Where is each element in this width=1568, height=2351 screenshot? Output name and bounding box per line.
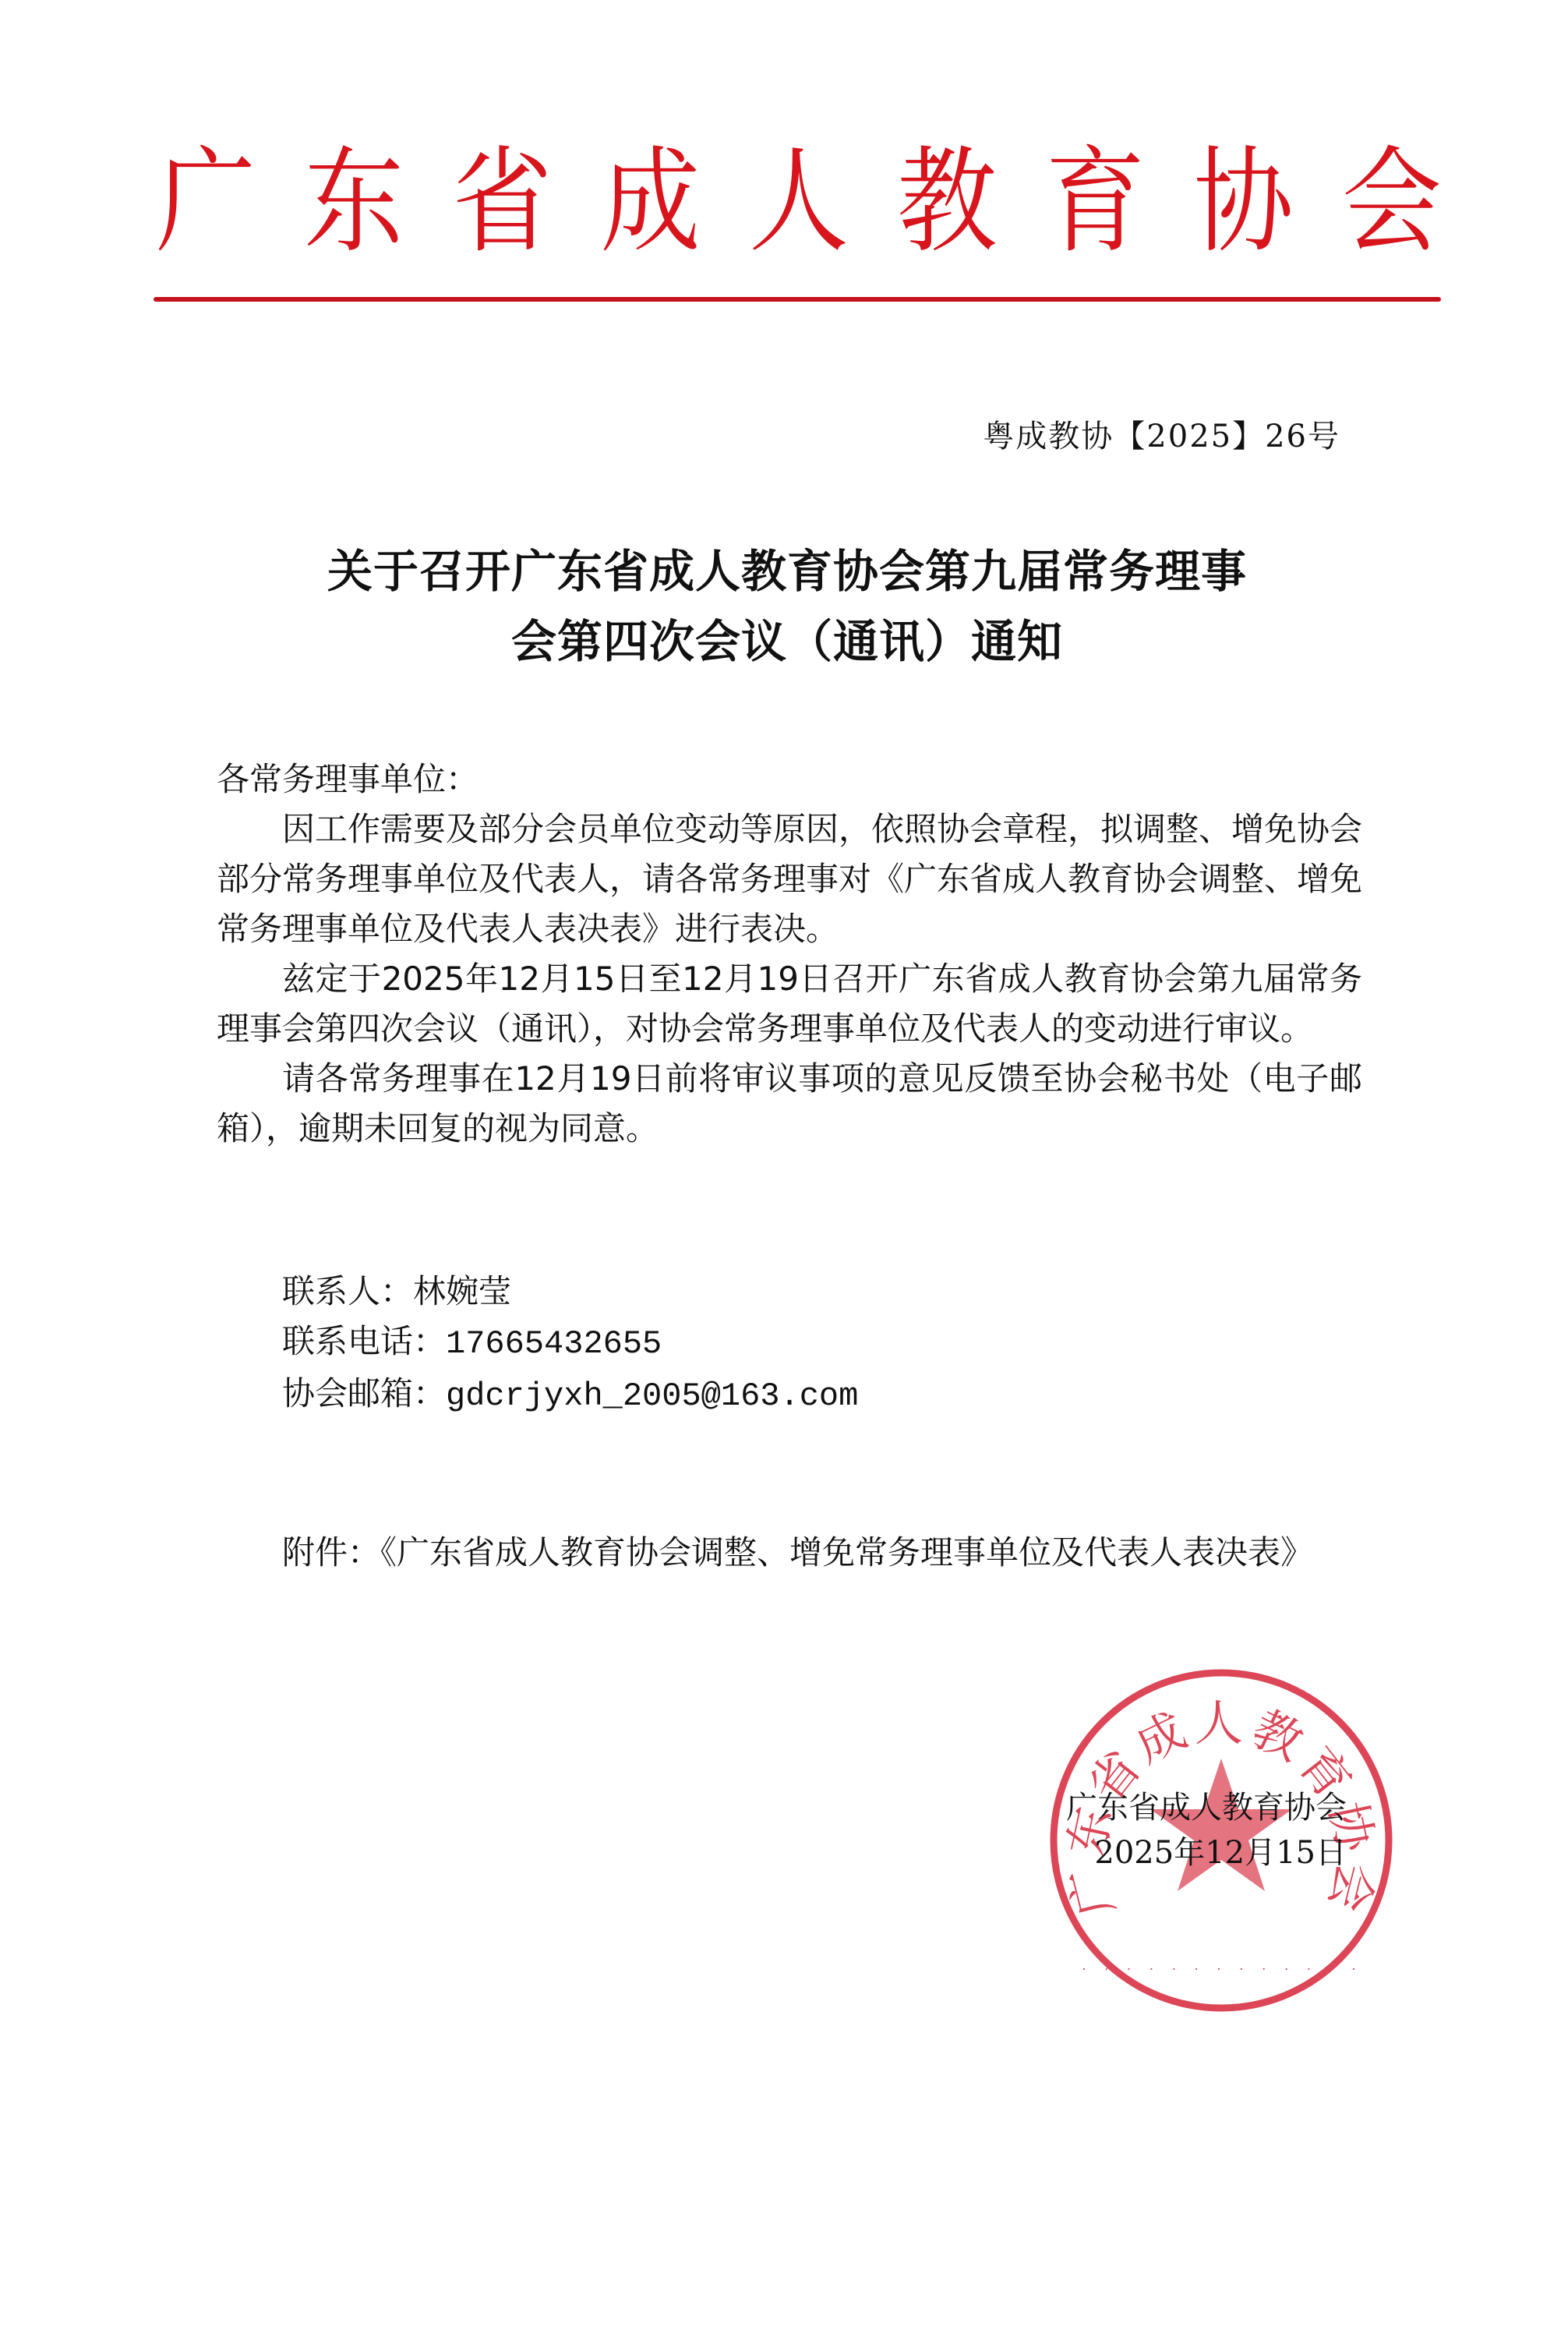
contact-phone: 17665432655 — [446, 1325, 662, 1363]
paragraph: 请各常务理事在12月19日前将审议事项的意见反馈至协会秘书处（电子邮箱），逾期未… — [217, 1054, 1362, 1154]
masthead-char: 教 — [897, 136, 997, 270]
masthead: 广 东 省 成 人 教 育 协 会 — [156, 144, 1442, 261]
masthead-char: 育 — [1045, 136, 1145, 270]
masthead-char: 广 — [156, 136, 256, 270]
contact-email: gdcrjyxh_2005@163.com — [446, 1377, 858, 1415]
contact-phone-row: 联系电话：17665432655 — [282, 1317, 858, 1369]
attachment-note: 附件：《广东省成人教育协会调整、增免常务理事单位及代表人表决表》 — [217, 1528, 1362, 1578]
contact-person-label: 联系人： — [282, 1272, 413, 1310]
masthead-char: 成 — [601, 136, 701, 270]
signature-date: 2025年12月15日 — [988, 1830, 1347, 1875]
masthead-char: 省 — [452, 136, 552, 270]
title-line-1: 关于召开广东省成人教育协会第九届常务理事 — [156, 536, 1418, 606]
signature-block: 广东省成人教育协会 2025年12月15日 — [988, 1785, 1347, 1875]
masthead-divider — [154, 297, 1441, 302]
masthead-char: 人 — [749, 136, 849, 270]
contact-person-row: 联系人：林婉莹 — [282, 1267, 858, 1317]
contact-phone-label: 联系电话： — [282, 1322, 446, 1360]
masthead-char: 会 — [1342, 136, 1442, 270]
contact-info: 联系人：林婉莹 联系电话：17665432655 协会邮箱：gdcrjyxh_2… — [282, 1267, 858, 1421]
contact-email-label: 协会邮箱： — [282, 1374, 446, 1412]
document-body: 各常务理事单位： 因工作需要及部分会员单位变动等原因，依照协会章程，拟调整、增免… — [217, 755, 1362, 1154]
svg-text:· · · · · · · · · · · · ·: · · · · · · · · · · · · · — [1081, 1964, 1362, 1976]
paragraph: 因工作需要及部分会员单位变动等原因，依照协会章程，拟调整、增免协会部分常务理事单… — [217, 804, 1362, 954]
masthead-char: 东 — [304, 136, 404, 270]
signature-org: 广东省成人教育协会 — [988, 1785, 1347, 1830]
masthead-char: 协 — [1194, 136, 1294, 270]
salutation: 各常务理事单位： — [217, 755, 1362, 804]
contact-email-row: 协会邮箱：gdcrjyxh_2005@163.com — [282, 1369, 858, 1421]
contact-person: 林婉莹 — [413, 1272, 511, 1310]
document-title: 关于召开广东省成人教育协会第九届常务理事 会第四次会议（通讯）通知 — [156, 536, 1418, 677]
document-number: 粤成教协【2025】26号 — [983, 413, 1340, 460]
paragraph: 兹定于2025年12月15日至12月19日召开广东省成人教育协会第九届常务理事会… — [217, 954, 1362, 1054]
title-line-2: 会第四次会议（通讯）通知 — [156, 606, 1418, 677]
